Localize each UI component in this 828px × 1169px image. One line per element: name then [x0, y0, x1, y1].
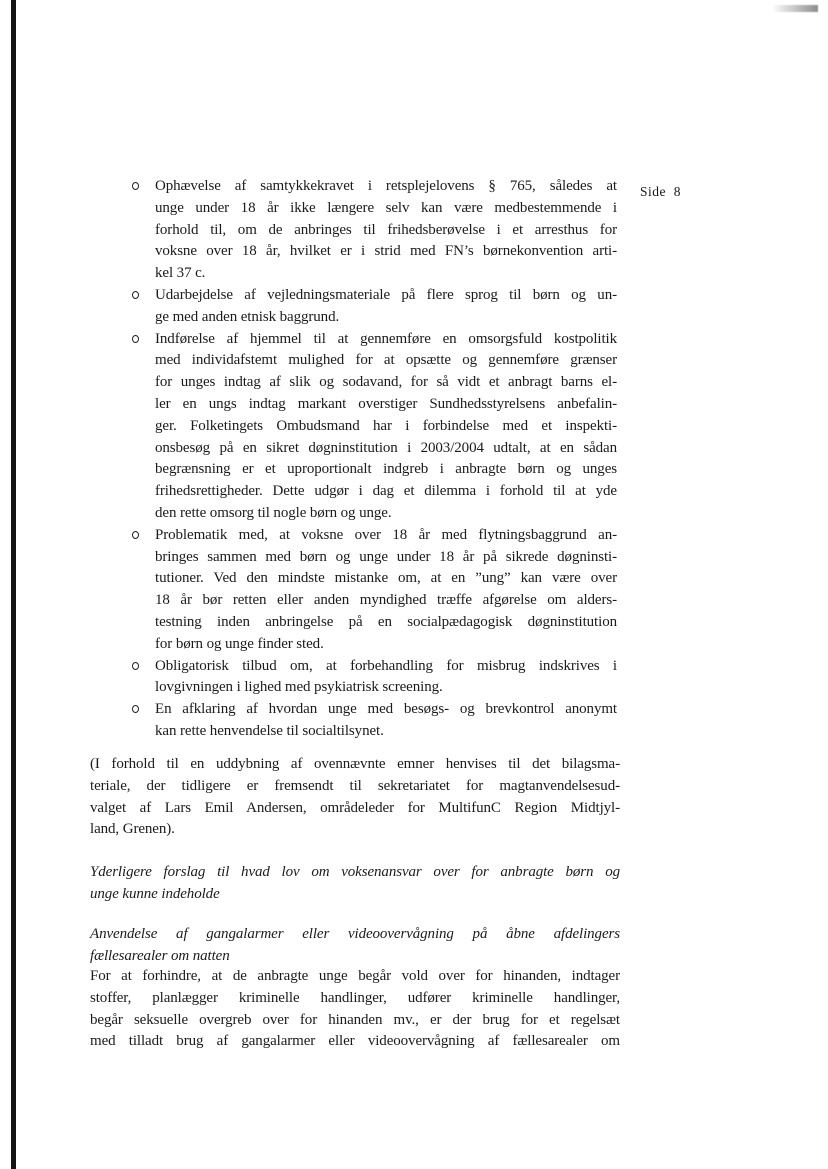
text-line: En afklaring af hvordan unge med besøgs-… — [155, 699, 617, 721]
scan-top-right-artifact — [772, 5, 818, 12]
text-line: land, Grenen). — [90, 819, 620, 841]
text-line: frihedsrettigheder. Dette udgør i dag et… — [155, 481, 617, 503]
text-line: den rette omsorg til nogle børn og unge. — [155, 503, 617, 525]
text-line: unge kunne indeholde — [90, 884, 620, 906]
text-line: Anvendelse af gangalarmer eller videoove… — [90, 924, 620, 946]
text-line: med tilladt brug af gangalarmer eller vi… — [90, 1031, 620, 1053]
page-number-label: Side 8 — [640, 184, 681, 200]
bullet-item: Udarbejdelse af vejledningsmateriale på … — [155, 285, 617, 329]
text-line: valget af Lars Emil Andersen, områdelede… — [90, 798, 620, 820]
text-line: testning inden anbringelse på en socialp… — [155, 612, 617, 634]
text-line: for unges indtag af slik og sodavand, fo… — [155, 372, 617, 394]
text-line: fællesarealer om natten — [90, 946, 620, 968]
text-line: Yderligere forslag til hvad lov om vokse… — [90, 862, 620, 884]
text-line: Ophævelse af samtykkekravet i retsplejel… — [155, 176, 617, 198]
closing-paragraph: (I forhold til en uddybning af ovennævnt… — [90, 754, 620, 841]
document-page: Side 8 Ophævelse af samtykkekravet i ret… — [0, 0, 828, 1169]
text-line: unge under 18 år ikke længere selv kan v… — [155, 198, 617, 220]
text-line: teriale, der tidligere er fremsendt til … — [90, 776, 620, 798]
text-line: begrænsning er et uproportionalt indgreb… — [155, 459, 617, 481]
text-line: Udarbejdelse af vejledningsmateriale på … — [155, 285, 617, 307]
bullet-circle-marker — [132, 291, 139, 299]
text-line: 18 år bør retten eller anden myndighed t… — [155, 590, 617, 612]
bullet-item: En afklaring af hvordan unge med besøgs-… — [155, 699, 617, 743]
scan-left-edge-bar — [11, 0, 16, 1169]
bullet-circle-marker — [132, 662, 139, 670]
text-line: ger. Folketingets Ombudsmand har i forbi… — [155, 416, 617, 438]
text-line: for børn og unge finder sted. — [155, 634, 617, 656]
text-line: Obligatorisk tilbud om, at forbehandling… — [155, 656, 617, 678]
bullet-item: Ophævelse af samtykkekravet i retsplejel… — [155, 176, 617, 285]
text-line: bringes sammen med børn og unge under 18… — [155, 547, 617, 569]
text-line: kan rette henvendelse til socialtilsynet… — [155, 721, 617, 743]
text-line: For at forhindre, at de anbragte unge be… — [90, 966, 620, 988]
text-line: med individafstemt mulighed for at opsæt… — [155, 350, 617, 372]
heading-alarm-surveillance: Anvendelse af gangalarmer eller videoove… — [90, 924, 620, 968]
text-line: begår seksuelle overgreb over for hinand… — [90, 1010, 620, 1032]
text-line: onsbesøg på en sikret døgninstitution i … — [155, 438, 617, 460]
heading-further-proposals: Yderligere forslag til hvad lov om vokse… — [90, 862, 620, 906]
body-paragraph: For at forhindre, at de anbragte unge be… — [90, 966, 620, 1053]
bullet-circle-marker — [132, 182, 139, 190]
text-line: Problematik med, at voksne over 18 år me… — [155, 525, 617, 547]
text-line: ge med anden etnisk baggrund. — [155, 307, 617, 329]
text-line: forhold til, om de anbringes til friheds… — [155, 220, 617, 242]
text-line: stoffer, planlægger kriminelle handlinge… — [90, 988, 620, 1010]
bullet-item: Problematik med, at voksne over 18 år me… — [155, 525, 617, 656]
text-line: lovgivningen i lighed med psykiatrisk sc… — [155, 677, 617, 699]
text-line: (I forhold til en uddybning af ovennævnt… — [90, 754, 620, 776]
bullet-item: Indførelse af hjemmel til at gennemføre … — [155, 329, 617, 525]
text-line: tutioner. Ved den mindste mistanke om, a… — [155, 568, 617, 590]
bullet-circle-marker — [132, 531, 139, 539]
text-line: kel 37 c. — [155, 263, 617, 285]
bullet-list: Ophævelse af samtykkekravet i retsplejel… — [155, 176, 617, 743]
text-line: ler en ungs indtag markant overstiger Su… — [155, 394, 617, 416]
bullet-circle-marker — [132, 335, 139, 343]
text-line: voksne over 18 år, hvilket er i strid me… — [155, 241, 617, 263]
bullet-item: Obligatorisk tilbud om, at forbehandling… — [155, 656, 617, 700]
text-line: Indførelse af hjemmel til at gennemføre … — [155, 329, 617, 351]
bullet-circle-marker — [132, 705, 139, 713]
